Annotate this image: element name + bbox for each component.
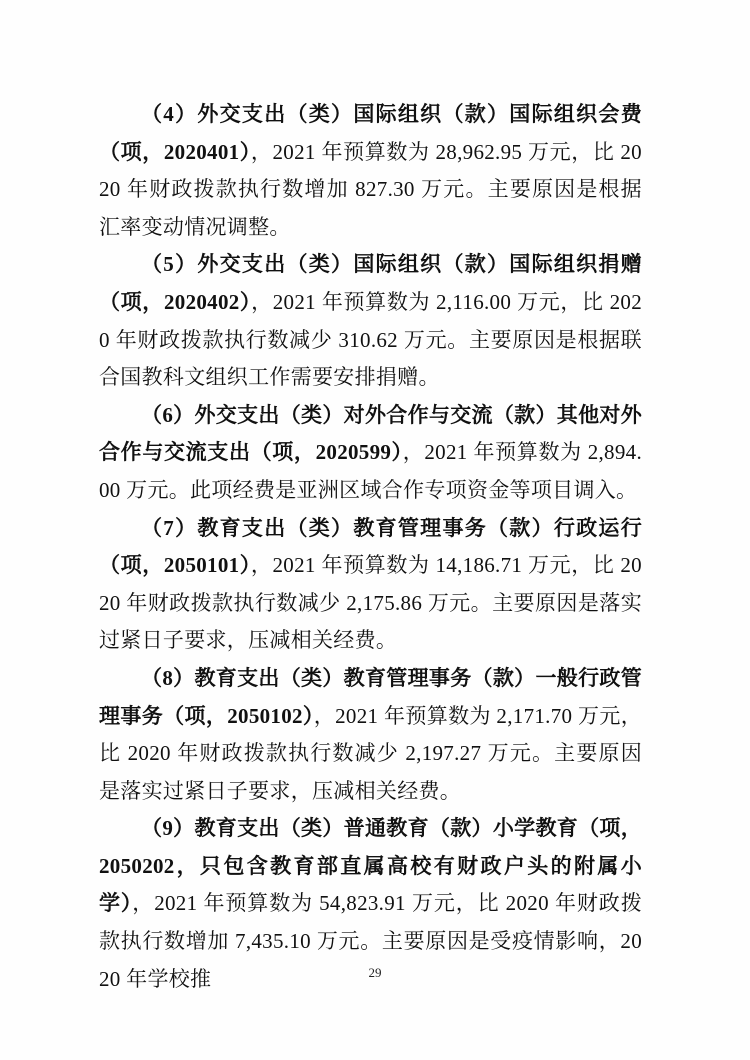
- paragraph-item-8: （8）教育支出（类）教育管理事务（款）一般行政管理事务（项，2050102），2…: [99, 660, 642, 810]
- paragraph-item-5: （5）外交支出（类）国际组织（款）国际组织捐赠（项，2020402），2021 …: [99, 246, 642, 396]
- paragraph-item-6: （6）外交支出（类）对外合作与交流（款）其他对外合作与交流支出（项，202059…: [99, 397, 642, 510]
- page-number: 29: [0, 965, 750, 981]
- document-body: （4）外交支出（类）国际组织（款）国际组织会费（项，2020401），2021 …: [99, 96, 642, 998]
- paragraph-item-7: （7）教育支出（类）教育管理事务（款）行政运行（项，2050101），2021 …: [99, 510, 642, 660]
- paragraph-item-4: （4）外交支出（类）国际组织（款）国际组织会费（项，2020401），2021 …: [99, 96, 642, 246]
- document-page: （4）外交支出（类）国际组织（款）国际组织会费（项，2020401），2021 …: [0, 0, 750, 1060]
